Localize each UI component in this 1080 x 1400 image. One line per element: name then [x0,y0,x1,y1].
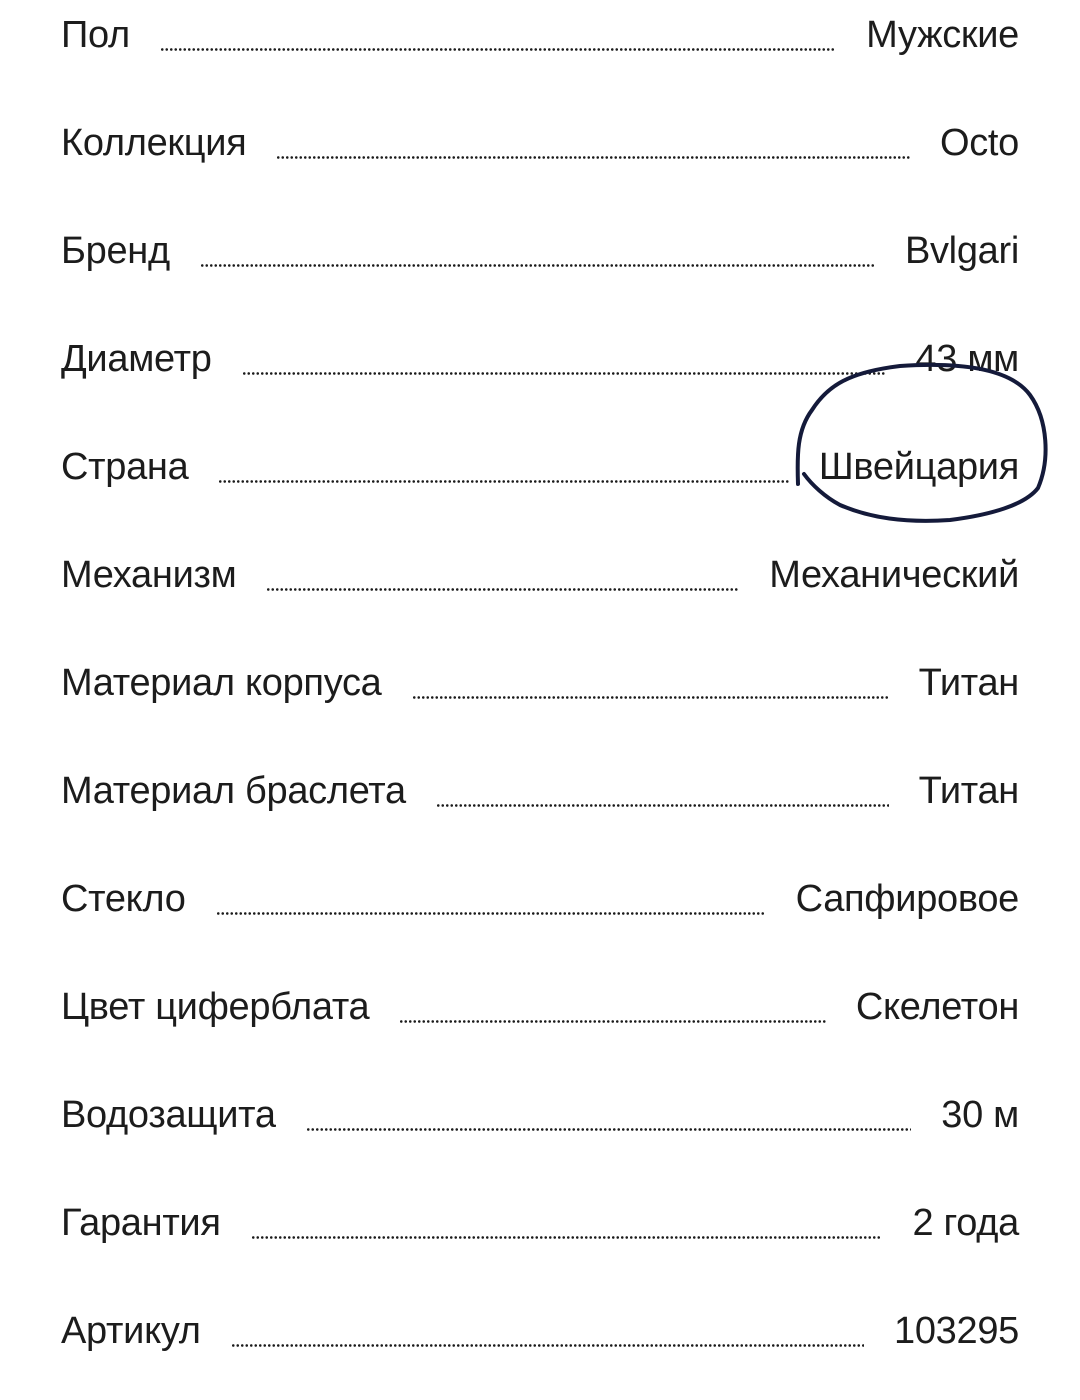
dotted-leader [231,1344,864,1347]
spec-row-article: Артикул 103295 [61,1296,1019,1400]
spec-value: Механический [769,540,1019,594]
spec-list: Пол Мужские Коллекция Octo Бренд Bvlgari… [61,0,1019,1400]
dotted-leader [399,1020,826,1023]
spec-label: Цвет циферблата [61,972,369,1026]
spec-row-glass: Стекло Сапфировое [61,864,1019,972]
dotted-leader [266,588,739,591]
spec-value: Мужские [866,0,1019,54]
spec-value: Скелетон [856,972,1019,1026]
spec-row-dial-color: Цвет циферблата Скелетон [61,972,1019,1080]
spec-label: Бренд [61,216,170,270]
spec-row-country: Страна Швейцария [61,432,1019,540]
spec-label: Коллекция [61,108,246,162]
spec-row-diameter: Диаметр 43 мм [61,324,1019,432]
dotted-leader [216,912,766,915]
spec-value: Швейцария [819,432,1019,486]
spec-value: Сапфировое [796,864,1019,918]
spec-value: Титан [919,648,1019,702]
dotted-leader [306,1128,912,1131]
spec-label: Страна [61,432,188,486]
dotted-leader [436,804,889,807]
spec-label: Артикул [61,1296,201,1350]
spec-label: Стекло [61,864,186,918]
spec-row-brand: Бренд Bvlgari [61,216,1019,324]
spec-value: 103295 [894,1296,1019,1350]
spec-label: Водозащита [61,1080,276,1134]
spec-row-bracelet-material: Материал браслета Титан [61,756,1019,864]
spec-value: Bvlgari [905,216,1019,270]
dotted-leader [412,696,889,699]
spec-label: Пол [61,0,130,54]
spec-value: Титан [919,756,1019,810]
dotted-leader [242,372,886,375]
spec-row-movement: Механизм Механический [61,540,1019,648]
spec-label: Механизм [61,540,236,594]
spec-row-collection: Коллекция Octo [61,108,1019,216]
spec-row-warranty: Гарантия 2 года [61,1188,1019,1296]
dotted-leader [160,48,836,51]
spec-value: Octo [940,108,1019,162]
spec-label: Гарантия [61,1188,221,1242]
spec-row-case-material: Материал корпуса Титан [61,648,1019,756]
dotted-leader [276,156,910,159]
spec-value: 2 года [912,1188,1019,1242]
spec-label: Материал корпуса [61,648,382,702]
spec-row-gender: Пол Мужские [61,0,1019,108]
spec-label: Материал браслета [61,756,406,810]
dotted-leader [218,480,788,483]
spec-label: Диаметр [61,324,212,378]
dotted-leader [251,1236,883,1239]
spec-value: 30 м [941,1080,1019,1134]
dotted-leader [200,264,875,267]
spec-row-water-resistance: Водозащита 30 м [61,1080,1019,1188]
spec-value: 43 мм [915,324,1019,378]
